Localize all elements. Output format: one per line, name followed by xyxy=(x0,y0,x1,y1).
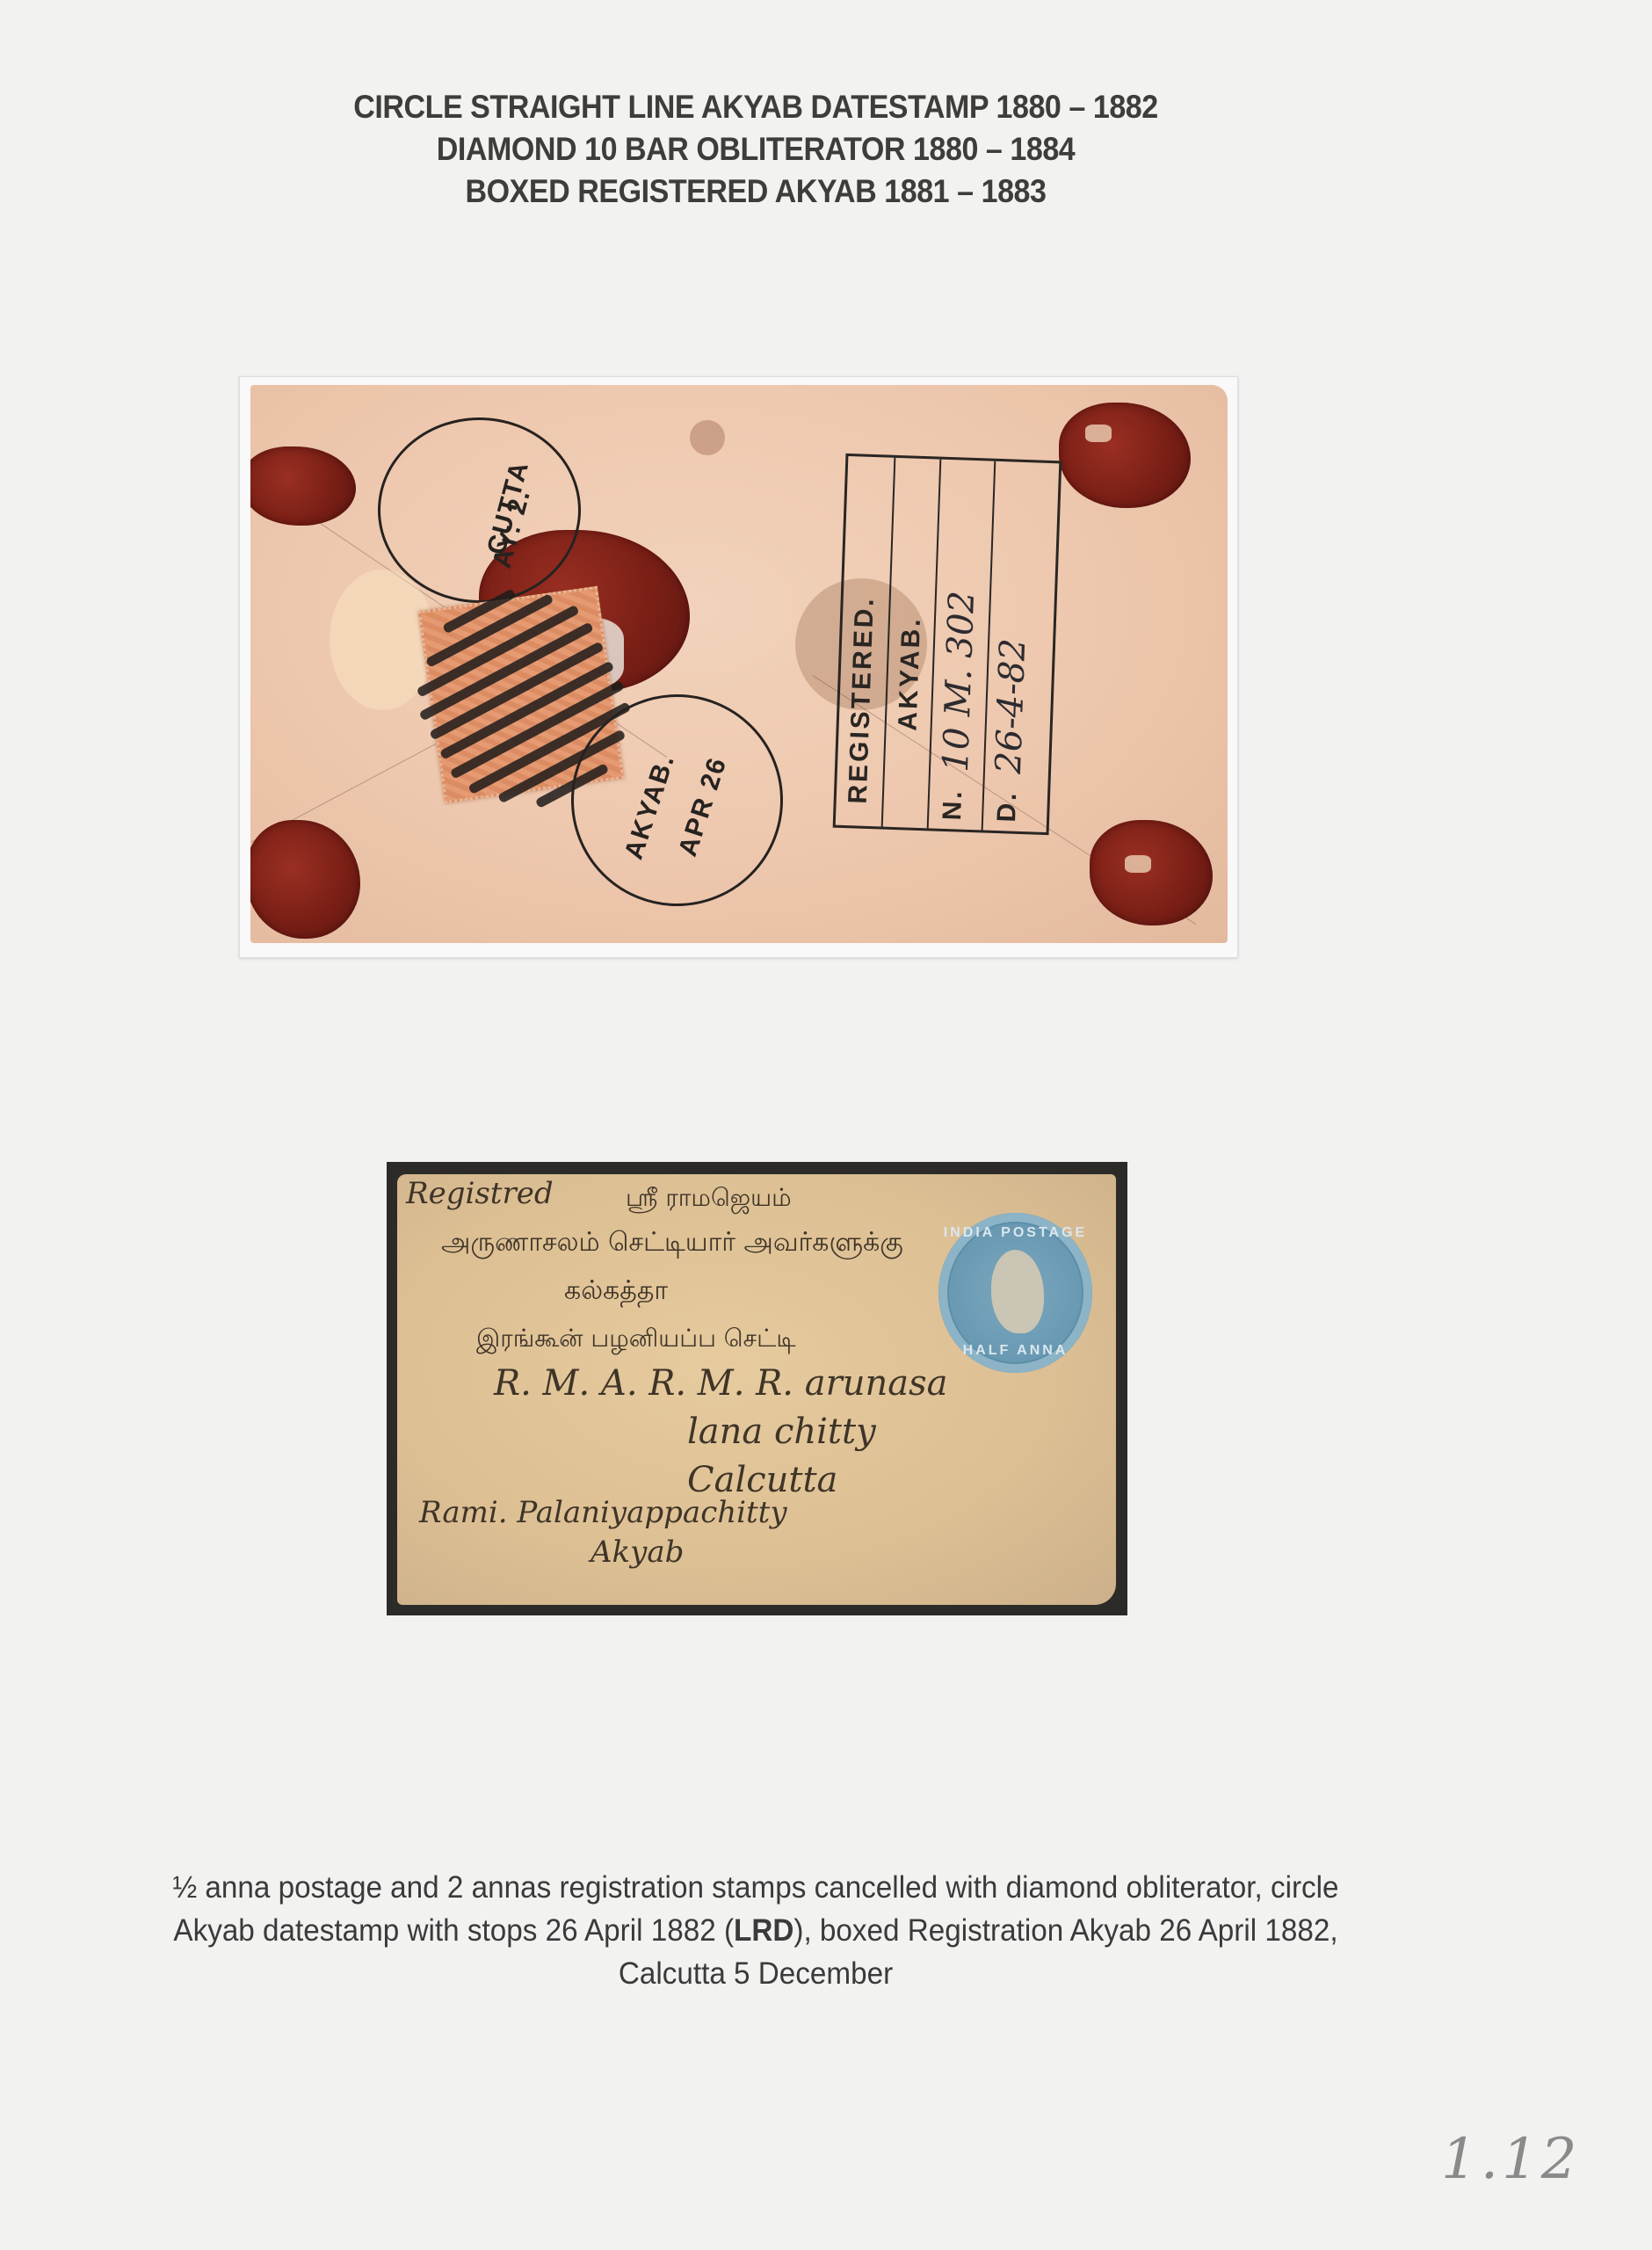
embossed-top-text: INDIA POSTAGE xyxy=(938,1225,1092,1241)
caption-line-3: Calcutta 5 December xyxy=(38,1952,1474,1995)
tamil-line-3: கல்கத்தா xyxy=(564,1275,668,1310)
caption-line-2-end: ), boxed Registration Akyab 26 April 188… xyxy=(793,1913,1337,1948)
sender-line-1: Rami. Palaniyappachitty xyxy=(419,1495,787,1530)
akyab-datestamp-town: AKYAB. xyxy=(619,750,681,863)
wax-seal-top-right xyxy=(1059,403,1191,508)
wax-seal-top-left xyxy=(250,446,356,526)
registered-number-label: N. xyxy=(938,788,968,821)
caption: ½ anna postage and 2 annas registration … xyxy=(0,1866,1511,1995)
registered-number-value: 10 M. 302 xyxy=(936,590,982,773)
page-title: CIRCLE STRAIGHT LINE AKYAB DATESTAMP 188… xyxy=(0,86,1511,213)
embossed-bottom-text: HALF ANNA xyxy=(938,1343,1092,1359)
embossed-half-anna-stamp: INDIA POSTAGE HALF ANNA xyxy=(938,1213,1092,1373)
tamil-line-2: அருணாசலம் செட்டியார் அவர்களுக்கு xyxy=(441,1227,903,1261)
title-line-1: CIRCLE STRAIGHT LINE AKYAB DATESTAMP 188… xyxy=(61,86,1451,128)
tamil-line-1: ஸ்ரீ ராமஜெயம் xyxy=(626,1183,792,1216)
title-line-2: DIAMOND 10 BAR OBLITERATOR 1880 – 1884 xyxy=(61,128,1451,171)
akyab-datestamp: AKYAB. APR 26 xyxy=(571,694,783,906)
registered-box-handstamp: REGISTERED. AKYAB. N. 10 M. 302 D. 26-4-… xyxy=(833,454,1062,835)
sender-line-2: Akyab xyxy=(591,1535,684,1570)
registered-date-label: D. xyxy=(992,790,1023,823)
addressee-line-1: R. M. A. R. M. R. arunasa xyxy=(494,1363,947,1404)
wax-seal-bottom-left xyxy=(250,820,360,939)
registered-date-value: 26-4-82 xyxy=(989,638,1033,775)
tamil-line-4: இரங்கூன் பழனியப்ப செட்டி xyxy=(476,1324,796,1356)
wax-seal-bottom-right xyxy=(1090,820,1213,925)
queen-head-icon xyxy=(991,1250,1044,1333)
akyab-datestamp-date: APR 26 xyxy=(673,752,734,860)
caption-line-1: ½ anna postage and 2 annas registration … xyxy=(38,1866,1474,1909)
caption-line-2-start: Akyab datestamp with stops 26 April 1882… xyxy=(173,1913,734,1948)
page-number: 1.12 xyxy=(1441,2127,1581,2192)
caption-line-2: Akyab datestamp with stops 26 April 1882… xyxy=(38,1909,1474,1952)
registered-town: AKYAB. xyxy=(894,616,928,731)
handwritten-registered: Registred xyxy=(406,1176,554,1211)
lrd-label: LRD xyxy=(734,1913,793,1948)
title-line-3: BOXED REGISTERED AKYAB 1881 – 1883 xyxy=(61,171,1451,213)
addressee-line-2: lana chitty xyxy=(687,1412,876,1452)
